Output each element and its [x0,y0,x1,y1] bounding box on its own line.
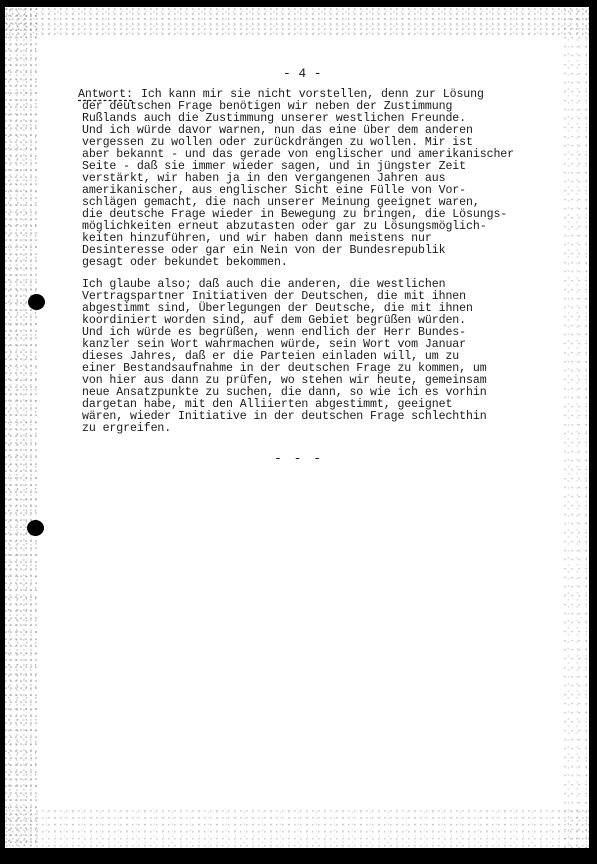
scan-noise-bottom [5,808,589,848]
scan-noise-top [5,7,589,37]
page-number: - 4 - [283,68,322,80]
end-mark: - - - [274,453,323,465]
scan-noise-left [5,7,37,848]
text-line: gesagt oder bekundet bekommen. [82,257,514,269]
document-page: - 4 - Antwort: Ich kann mir sie nicht vo… [5,7,589,848]
punch-hole-icon [28,294,45,310]
punch-hole-icon [27,520,44,536]
paragraph-2: Ich glaube also; daß auch die anderen, d… [82,279,487,435]
paragraph-1: der deutschen Frage benötigen wir neben … [82,101,514,269]
scan-noise-right [563,7,589,848]
text-line: zu ergreifen. [82,423,487,435]
